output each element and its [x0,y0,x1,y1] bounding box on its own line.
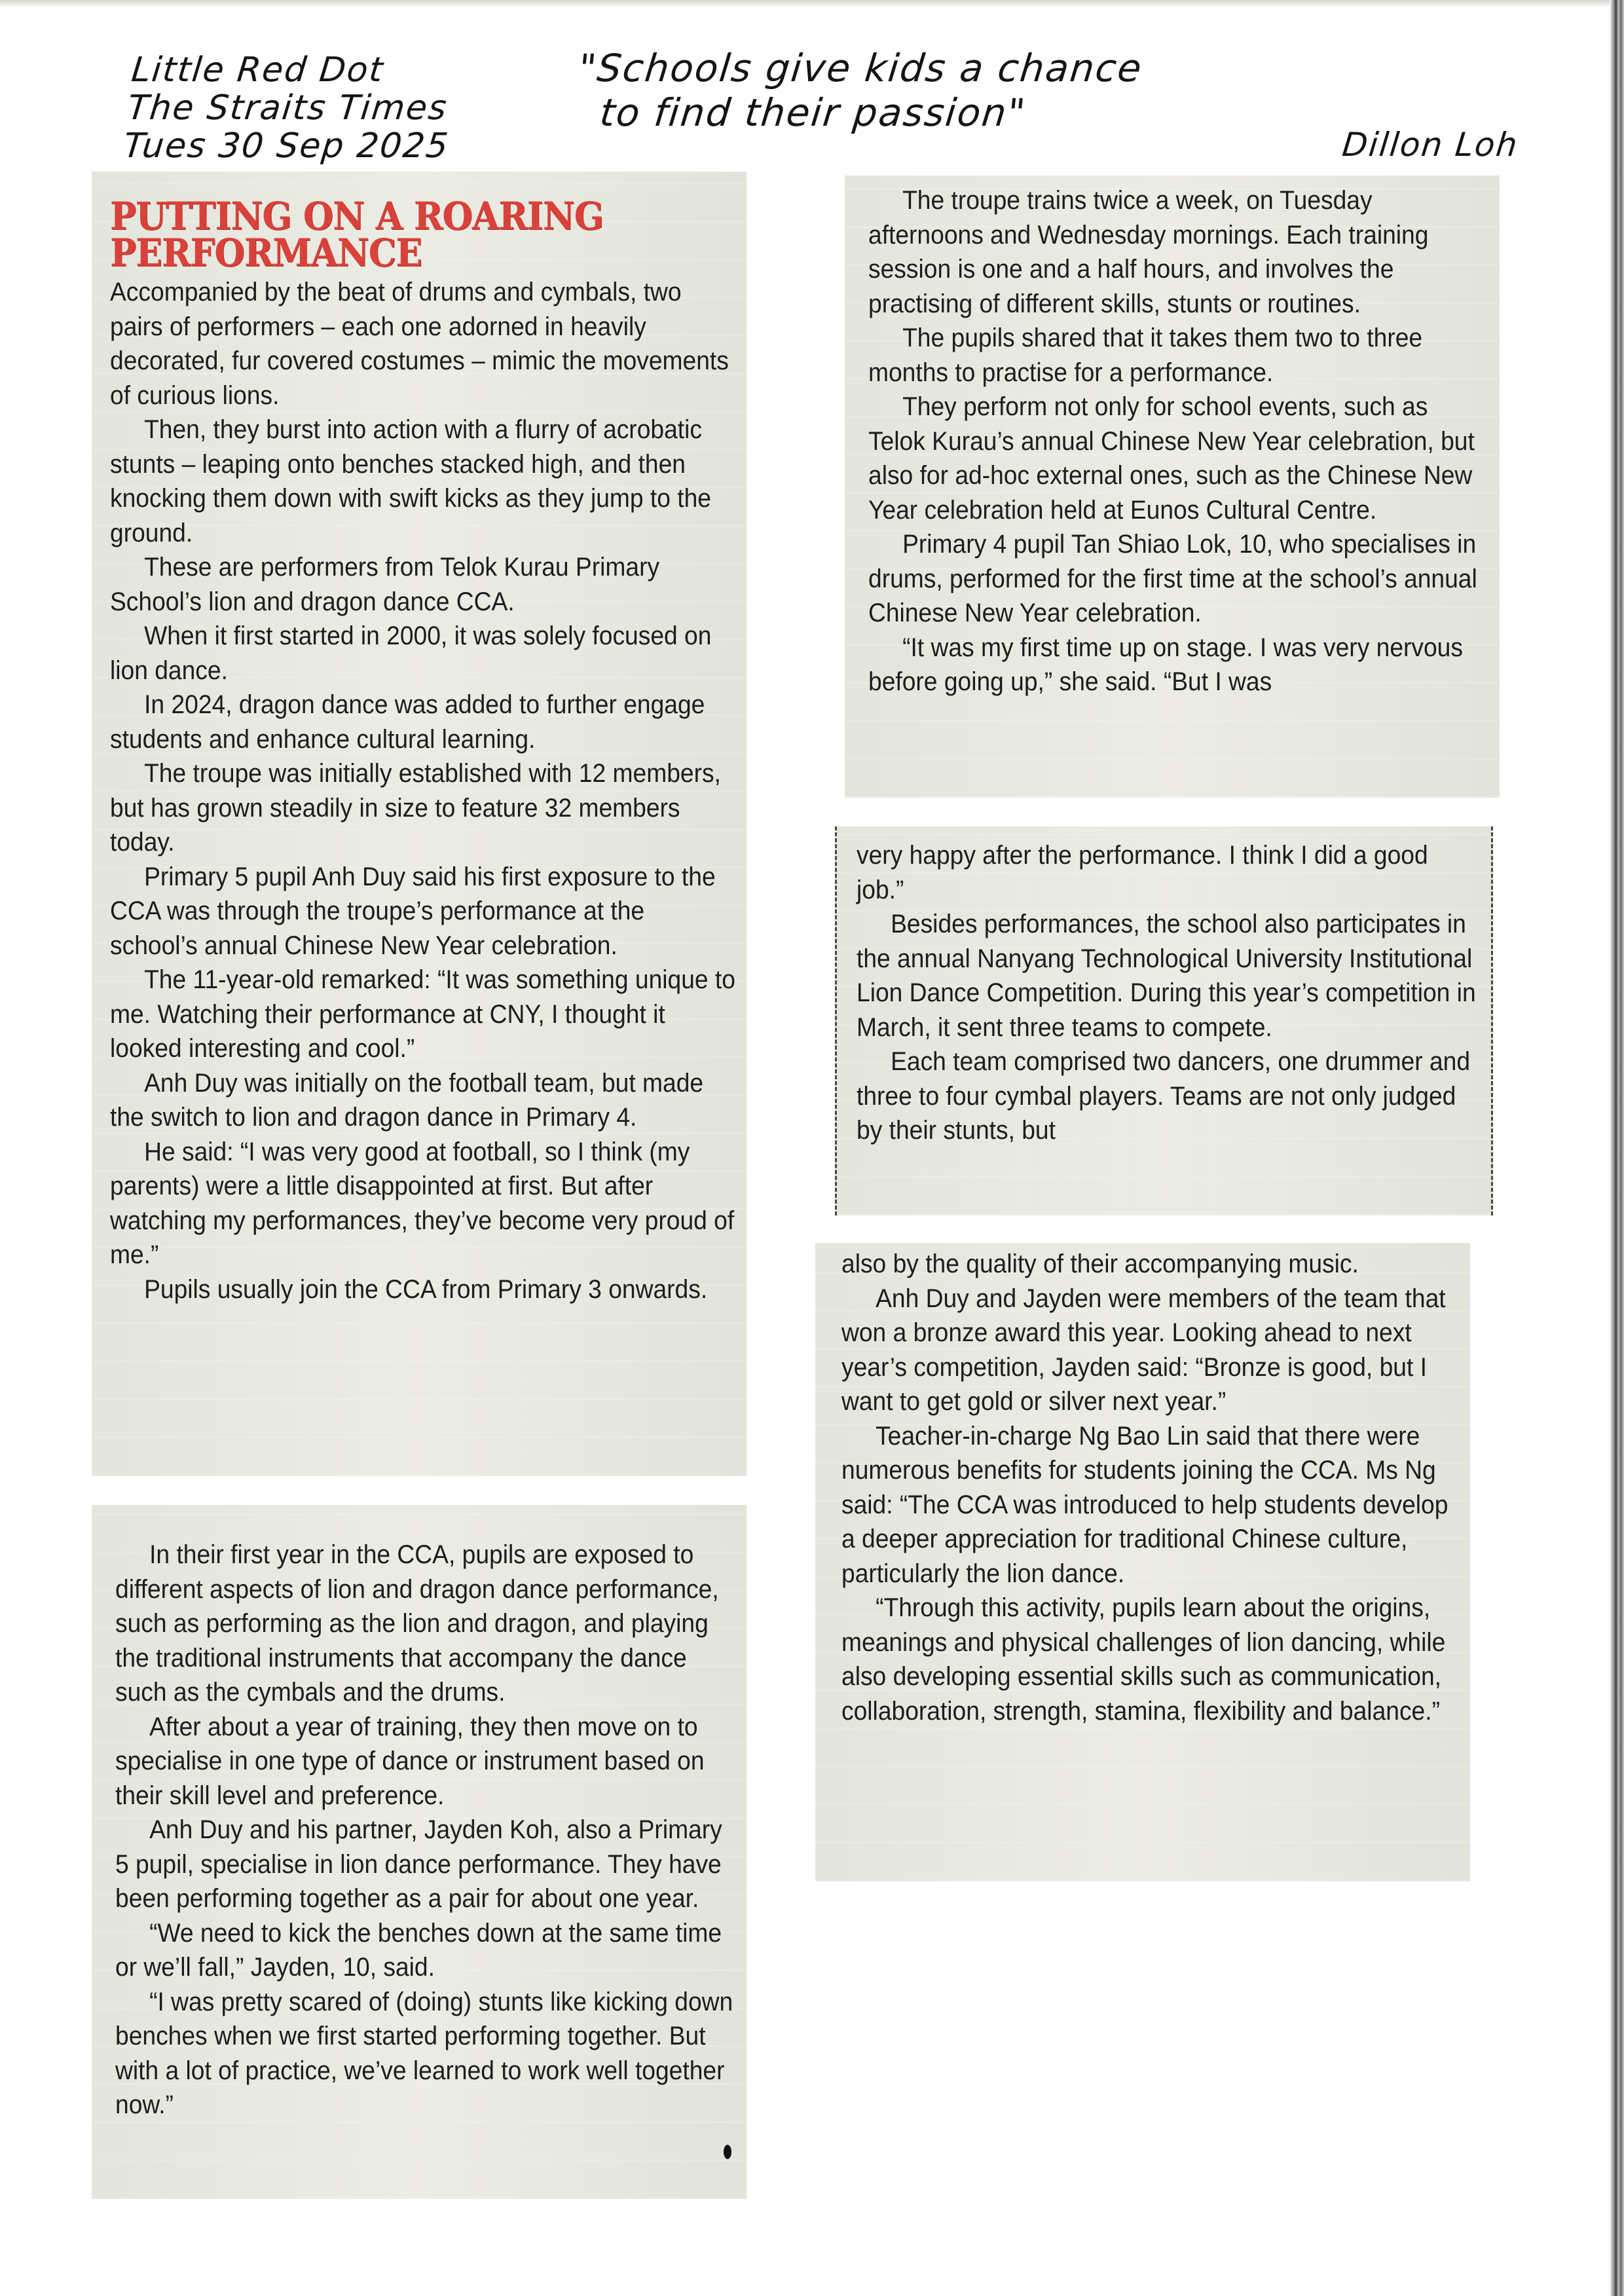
paragraph: In 2024, dragon dance was added to furth… [110,688,737,756]
handwritten-author: Dillon Loh [1340,126,1521,164]
paragraph: “We need to kick the benches down at the… [115,1916,737,1985]
paragraph: “Through this activity, pupils learn abo… [841,1591,1460,1728]
article-body-right-bottom: also by the quality of their accompanyin… [841,1247,1460,1728]
paragraph: After about a year of training, they the… [115,1710,737,1813]
paragraph: Anh Duy and Jayden were members of the t… [841,1282,1460,1419]
article-clipping-right-middle: very happy after the performance. I thin… [835,826,1493,1215]
scanner-edge-right [1610,0,1624,2296]
paragraph: Besides performances, the school also pa… [857,907,1481,1045]
quote-line-1: "Schools give kids a chance [576,46,1145,90]
paragraph: He said: “I was very good at football, s… [110,1135,737,1272]
paragraph: The pupils shared that it takes them two… [868,321,1490,390]
article-body-right-top: The troupe trains twice a week, on Tuesd… [868,183,1490,699]
paragraph: Primary 5 pupil Anh Duy said his first e… [110,860,737,963]
paragraph: Each team comprised two dancers, one dru… [857,1045,1481,1148]
paragraph-continuation: very happy after the performance. I thin… [857,838,1481,907]
headline-line-2: PERFORMANCE [110,234,748,271]
paragraph: The 11-year-old remarked: “It was someth… [110,963,737,1066]
paragraph: The troupe was initially established wit… [110,756,737,860]
paragraph: Then, they burst into action with a flur… [110,413,737,550]
paragraph: The troupe trains twice a week, on Tuesd… [868,183,1490,321]
ink-blot-mark [724,2145,731,2159]
source-newspaper-line: The Straits Times [126,89,455,127]
handwritten-source-note: Little Red Dot The Straits Times Tues 30… [122,51,459,165]
article-body-left-top: Accompanied by the beat of drums and cym… [110,275,737,1306]
headline-line-1: PUTTING ON A ROARING [110,198,748,234]
paragraph: Accompanied by the beat of drums and cym… [110,275,737,413]
scanner-edge-top [0,0,1624,8]
article-body-right-middle: very happy after the performance. I thin… [857,838,1481,1148]
paragraph-continuation: also by the quality of their accompanyin… [841,1247,1460,1282]
paragraph: When it first started in 2000, it was so… [110,619,737,688]
source-publication-line: Little Red Dot [130,51,459,89]
scan-artifact-mark [51,2197,77,2206]
paragraph: Anh Duy and his partner, Jayden Koh, als… [115,1813,737,1916]
handwritten-quote: "Schools give kids a chance to find thei… [572,46,1145,135]
paragraph: Teacher-in-charge Ng Bao Lin said that t… [841,1419,1460,1591]
article-clipping-left-bottom: In their first year in the CCA, pupils a… [92,1505,747,2199]
paragraph: Primary 4 pupil Tan Shiao Lok, 10, who s… [868,527,1490,631]
article-clipping-right-top: The troupe trains twice a week, on Tuesd… [845,176,1500,798]
paragraph: “I was pretty scared of (doing) stunts l… [115,1985,737,2122]
paragraph: In their first year in the CCA, pupils a… [115,1538,737,1710]
source-date-line: Tues 30 Sep 2025 [122,127,451,165]
article-headline: PUTTING ON A ROARING PERFORMANCE [110,198,748,271]
article-body-left-bottom: In their first year in the CCA, pupils a… [115,1538,737,2122]
article-clipping-right-bottom: also by the quality of their accompanyin… [815,1243,1470,1881]
paragraph: Pupils usually join the CCA from Primary… [110,1272,737,1307]
paragraph: They perform not only for school events,… [868,390,1490,527]
quote-line-2: to find their passion" [572,90,1140,135]
paragraph: These are performers from Telok Kurau Pr… [110,550,737,619]
article-clipping-left-top: PUTTING ON A ROARING PERFORMANCE Accompa… [92,172,747,1476]
paragraph: Anh Duy was initially on the football te… [110,1066,737,1135]
paragraph: “It was my first time up on stage. I was… [868,631,1490,699]
